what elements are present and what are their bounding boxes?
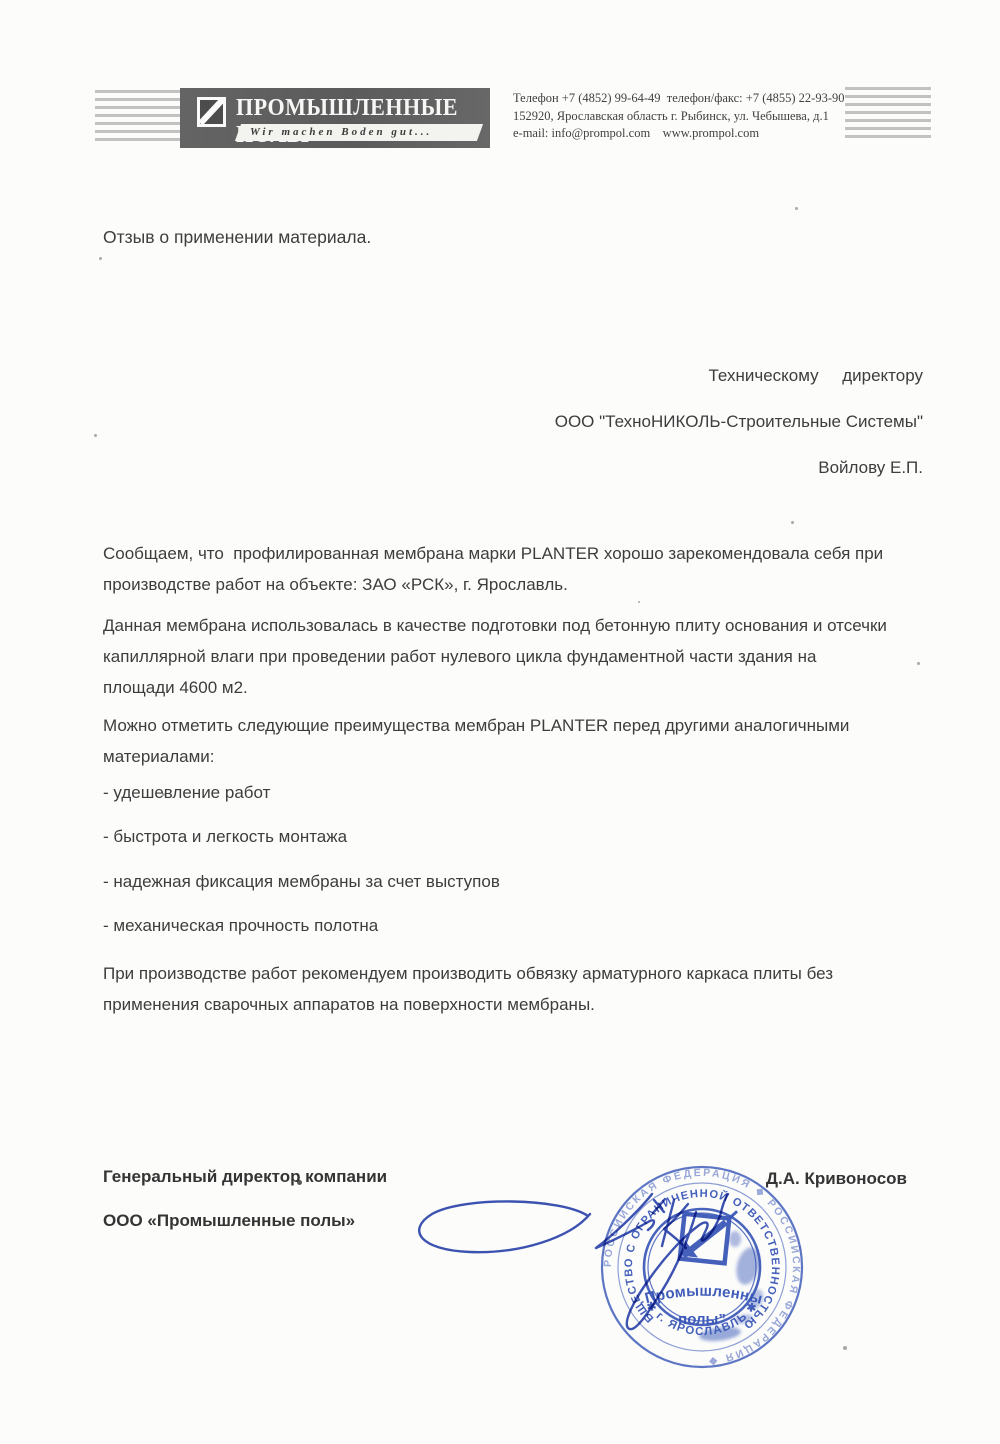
contact-address-line: 152920, Ярославская область г. Рыбинск, … xyxy=(513,108,844,126)
scan-speck xyxy=(795,207,798,210)
contact-email-web-line: e-mail: info@prompol.com www.prompol.com xyxy=(513,125,844,143)
stamp-center-line2: полы” xyxy=(678,1311,726,1328)
signer-company-line: ООО «Промышленные полы» xyxy=(103,1211,355,1231)
bullet-secure-fixation: - надежная фиксация мембраны за счет выс… xyxy=(103,872,500,892)
addressee-company: ООО "ТехноНИКОЛЬ-Строительные Системы" xyxy=(420,412,923,432)
bullet-mechanical-strength: - механическая прочность полотна xyxy=(103,916,378,936)
scan-speck xyxy=(917,662,920,665)
paragraph-advantages-intro: Можно отметить следующие преимущества ме… xyxy=(103,710,927,772)
bullet-easy-installation: - быстрота и легкость монтажа xyxy=(103,827,347,847)
bullet-cost-reduction: - удешевление работ xyxy=(103,783,270,803)
scan-speck xyxy=(297,1180,302,1185)
paragraph-usage: Данная мембрана использовалась в качеств… xyxy=(103,610,927,703)
scan-speck xyxy=(94,434,97,437)
company-logo: ПРОМЫШЛЕННЫЕ ПОЛЫ Wir machen Boden gut..… xyxy=(180,88,490,148)
company-round-stamp: РОССИЙСКАЯ ФЕДЕРАЦИЯ ❖ РОССИЙСКАЯ ФЕДЕРА… xyxy=(598,1163,806,1371)
addressee-position: Техническому директору xyxy=(420,366,923,386)
addressee-person: Войлову Е.П. xyxy=(420,458,923,478)
signer-position-line: Генеральный директор компании xyxy=(103,1167,387,1187)
paragraph-recommendation: При производстве работ рекомендуем произ… xyxy=(103,958,927,1020)
company-logo-mark-icon xyxy=(197,97,226,127)
scan-speck xyxy=(99,257,102,260)
scan-speck xyxy=(638,601,640,603)
company-contact-info: Телефон +7 (4852) 99-64-49 телефон/факс:… xyxy=(513,90,844,143)
document-title: Отзыв о применении материала. xyxy=(103,227,371,248)
paragraph-introduction: Сообщаем, что профилированная мембрана м… xyxy=(103,538,927,600)
contact-phone-line: Телефон +7 (4852) 99-64-49 телефон/факс:… xyxy=(513,90,844,108)
company-tagline: Wir machen Boden gut... xyxy=(238,124,480,141)
company-tagline-banner: Wir machen Boden gut... xyxy=(235,124,483,141)
addressee-block: Техническому директору ООО "ТехноНИКОЛЬ-… xyxy=(420,366,923,504)
scan-speck xyxy=(843,1346,847,1350)
letterhead-stripes-right xyxy=(845,87,931,143)
scan-speck xyxy=(162,793,165,796)
scan-speck xyxy=(791,521,794,524)
scanned-letter-page: ПРОМЫШЛЕННЫЕ ПОЛЫ Wir machen Boden gut..… xyxy=(0,0,1000,1444)
